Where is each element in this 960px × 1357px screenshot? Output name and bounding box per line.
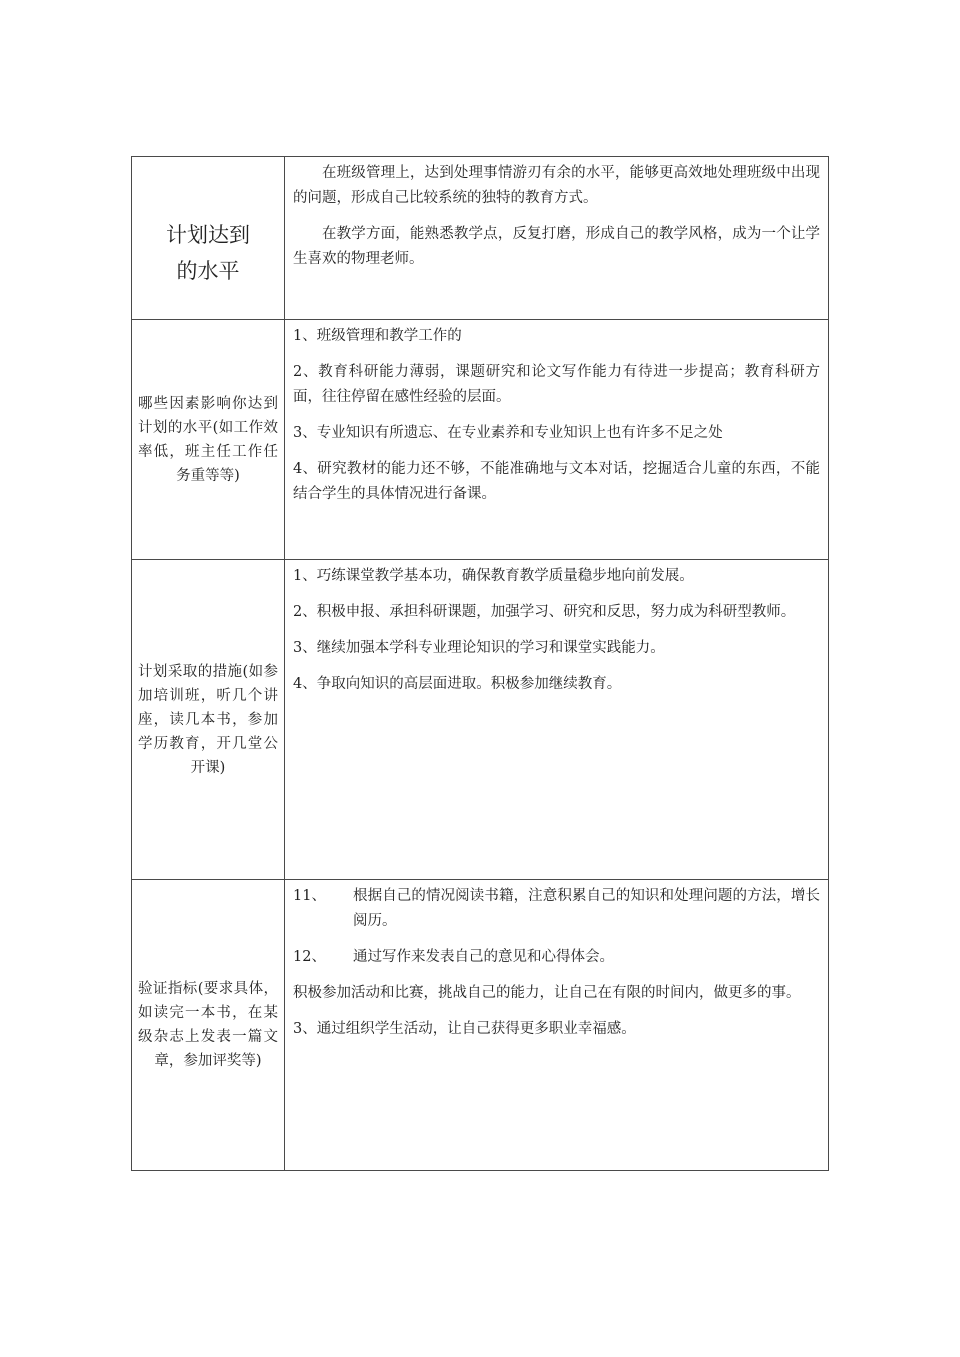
list-item: 3、通过组织学生活动，让自己获得更多职业幸福感。	[293, 1017, 820, 1042]
row-content-target-level: 在班级管理上，达到处理事情游刃有余的水平，能够更高效地处理班级中出现的问题，形成…	[285, 157, 829, 320]
list-item: 4、争取向知识的高层面进取。积极参加继续教育。	[293, 672, 820, 697]
row-label-target-level: 计划达到 的水平	[132, 157, 285, 320]
row-label-line: 的水平	[138, 253, 278, 289]
list-number: 12、	[293, 945, 353, 970]
row-label-verification-indicators: 验证指标(要求具体，如读完一本书，在某级杂志上发表一篇文章，参加评奖等)	[132, 880, 285, 1171]
numbered-list-item: 11、 根据自己的情况阅读书籍，注意积累自己的知识和处理问题的方法，增长阅历。	[293, 884, 820, 934]
row-content-influencing-factors: 1、班级管理和教学工作的 2、教育科研能力薄弱，课题研究和论文写作能力有待进一步…	[285, 320, 829, 560]
table-row-verification-indicators: 验证指标(要求具体，如读完一本书，在某级杂志上发表一篇文章，参加评奖等) 11、…	[132, 880, 829, 1171]
list-number: 11、	[293, 884, 353, 934]
numbered-list-item: 12、 通过写作来发表自己的意见和心得体会。	[293, 945, 820, 970]
list-item: 4、研究教材的能力还不够，不能准确地与文本对话，挖掘适合儿童的东西，不能结合学生…	[293, 457, 820, 507]
row-label-planned-measures: 计划采取的措施(如参加培训班，听几个讲座，读几本书，参加学历教育，开几堂公开课)	[132, 560, 285, 880]
list-text: 根据自己的情况阅读书籍，注意积累自己的知识和处理问题的方法，增长阅历。	[353, 884, 820, 934]
row-label-influencing-factors: 哪些因素影响你达到计划的水平(如工作效率低，班主任工作任务重等等)	[132, 320, 285, 560]
list-text: 通过写作来发表自己的意见和心得体会。	[353, 945, 820, 970]
list-item: 3、继续加强本学科专业理论知识的学习和课堂实践能力。	[293, 636, 820, 661]
list-item: 2、积极申报、承担科研课题，加强学习、研究和反思，努力成为科研型教师。	[293, 600, 820, 625]
row-content-verification-indicators: 11、 根据自己的情况阅读书籍，注意积累自己的知识和处理问题的方法，增长阅历。 …	[285, 880, 829, 1171]
document-page: 计划达到 的水平 在班级管理上，达到处理事情游刃有余的水平，能够更高效地处理班级…	[0, 0, 960, 1357]
list-item: 2、教育科研能力薄弱，课题研究和论文写作能力有待进一步提高；教育科研方面，往往停…	[293, 360, 820, 410]
list-item: 积极参加活动和比赛，挑战自己的能力，让自己在有限的时间内，做更多的事。	[293, 981, 820, 1006]
table-row-influencing-factors: 哪些因素影响你达到计划的水平(如工作效率低，班主任工作任务重等等) 1、班级管理…	[132, 320, 829, 560]
list-item: 1、巧练课堂教学基本功，确保教育教学质量稳步地向前发展。	[293, 564, 820, 589]
row-content-planned-measures: 1、巧练课堂教学基本功，确保教育教学质量稳步地向前发展。 2、积极申报、承担科研…	[285, 560, 829, 880]
paragraph-teaching: 在教学方面，能熟悉教学点，反复打磨，形成自己的教学风格，成为一个让学生喜欢的物理…	[293, 222, 820, 272]
development-plan-table: 计划达到 的水平 在班级管理上，达到处理事情游刃有余的水平，能够更高效地处理班级…	[131, 156, 829, 1171]
row-label-line: 计划达到	[138, 217, 278, 253]
paragraph-class-management: 在班级管理上，达到处理事情游刃有余的水平，能够更高效地处理班级中出现的问题，形成…	[293, 161, 820, 211]
table-row-planned-measures: 计划采取的措施(如参加培训班，听几个讲座，读几本书，参加学历教育，开几堂公开课)…	[132, 560, 829, 880]
list-item: 3、专业知识有所遗忘、在专业素养和专业知识上也有许多不足之处	[293, 421, 820, 446]
table-row-target-level: 计划达到 的水平 在班级管理上，达到处理事情游刃有余的水平，能够更高效地处理班级…	[132, 157, 829, 320]
list-item: 1、班级管理和教学工作的	[293, 324, 820, 349]
